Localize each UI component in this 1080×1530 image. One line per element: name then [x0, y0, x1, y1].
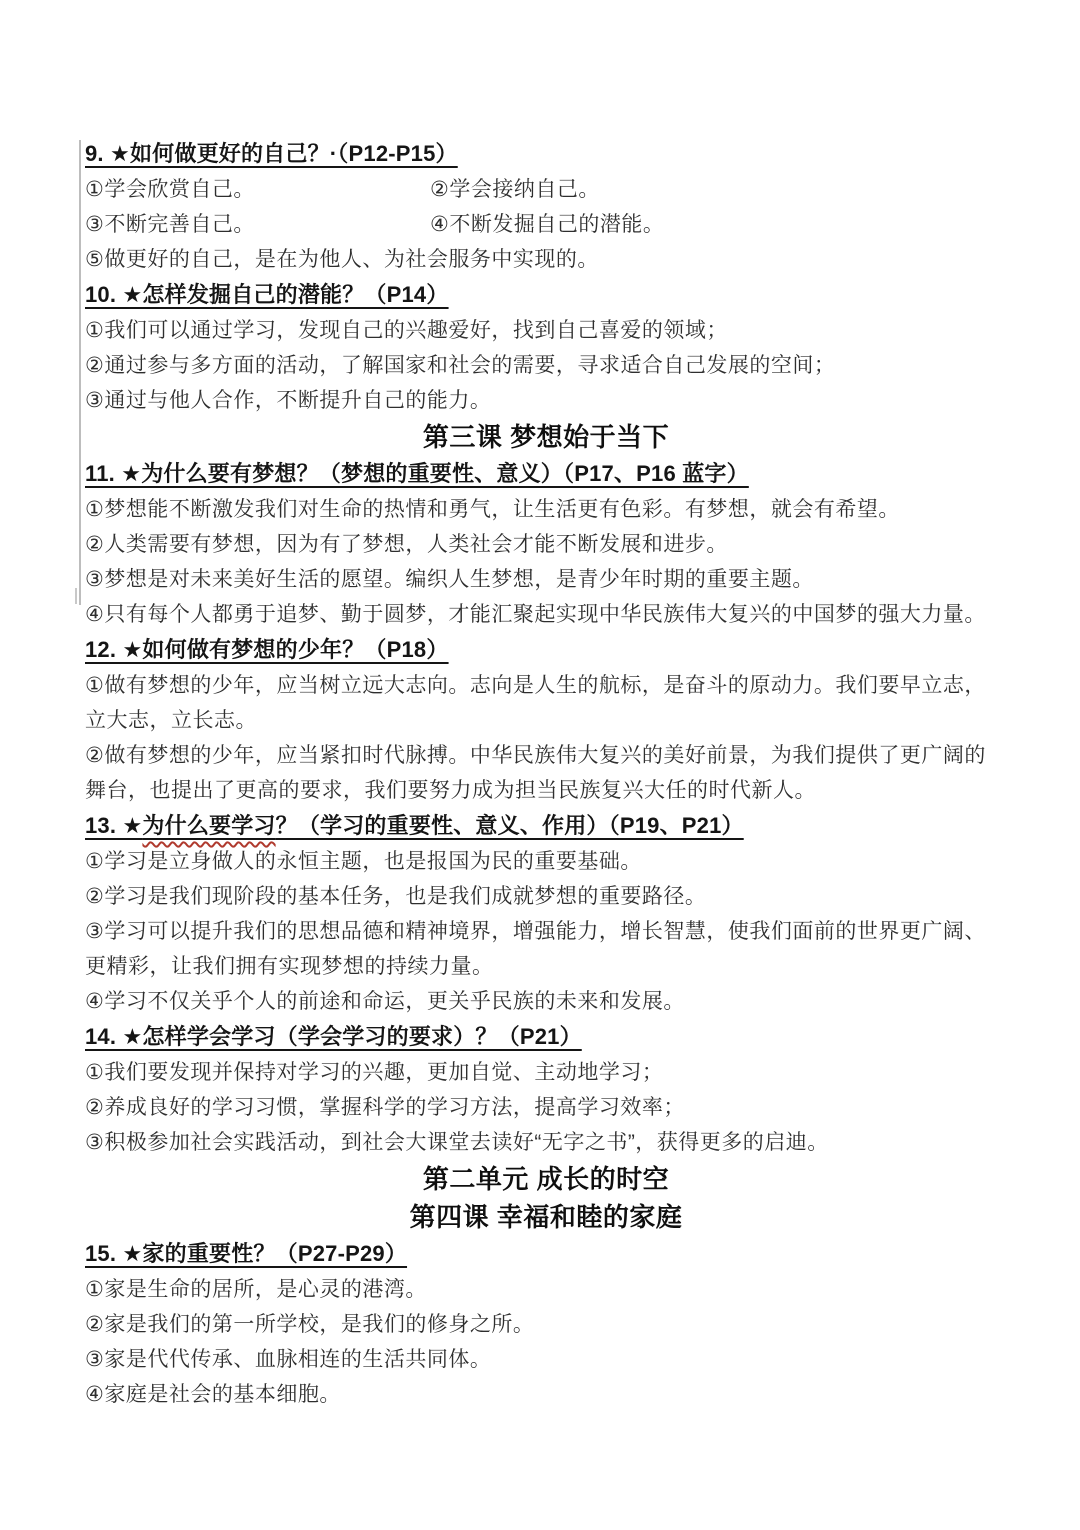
answer-line: ④只有每个人都勇于追梦、勤于圆梦，才能汇聚起实现中华民族伟大复兴的中国梦的强大力… [85, 597, 1007, 632]
question-12-heading: 12. ★如何做有梦想的少年？（P18） [85, 632, 1007, 668]
question-14-title: 14. ★怎样学会学习（学会学习的要求）？（P21） [85, 1024, 582, 1049]
question-12-title: 12. ★如何做有梦想的少年？（P18） [85, 637, 449, 662]
question-10-heading: 10. ★怎样发掘自己的潜能？（P14） [85, 277, 1007, 313]
answer-line: ①我们要发现并保持对学习的兴趣，更加自觉、主动地学习； [85, 1055, 1007, 1090]
question-9-answer-row-2: ③不断完善自己。 ④不断发掘自己的潜能。 [85, 207, 1007, 242]
scan-artifact-tick [75, 588, 77, 604]
answer-line: ①学会欣赏自己。 [85, 172, 430, 207]
answer-line: ③通过与他人合作，不断提升自己的能力。 [85, 383, 1007, 418]
answer-line: ②学习是我们现阶段的基本任务，也是我们成就梦想的重要路径。 [85, 879, 1007, 914]
answer-line: ②人类需要有梦想，因为有了梦想，人类社会才能不断发展和进步。 [85, 527, 1007, 562]
question-15-heading: 15. ★家的重要性？（P27-P29） [85, 1236, 1007, 1272]
answer-line: ③家是代代传承、血脉相连的生活共同体。 [85, 1342, 1007, 1377]
answer-line: ②家是我们的第一所学校，是我们的修身之所。 [85, 1307, 1007, 1342]
answer-line: ①做有梦想的少年，应当树立远大志向。志向是人生的航标，是奋斗的原动力。我们要早立… [85, 668, 1007, 738]
question-15-title: 15. ★家的重要性？（P27-P29） [85, 1241, 407, 1266]
answer-line: ③不断完善自己。 [85, 207, 430, 242]
question-13-title-prefix: 13. ★ [85, 813, 142, 838]
answer-line: ③学习可以提升我们的思想品德和精神境界，增强能力，增长智慧，使我们面前的世界更广… [85, 914, 1007, 984]
answer-line: ①学习是立身做人的永恒主题，也是报国为民的重要基础。 [85, 844, 1007, 879]
question-13-title-rest: ？（学习的重要性、意义、作用）（P19、P21） [276, 813, 744, 838]
answer-line: ②做有梦想的少年，应当紧扣时代脉搏。中华民族伟大复兴的美好前景，为我们提供了更广… [85, 738, 1007, 808]
lesson-4-title: 第四课 幸福和睦的家庭 [85, 1198, 1007, 1236]
answer-line: ①家是生命的居所，是心灵的港湾。 [85, 1272, 1007, 1307]
answer-line: ③积极参加社会实践活动，到社会大课堂去读好“无字之书”，获得更多的启迪。 [85, 1125, 1007, 1160]
notes-content: 9. ★如何做更好的自己？·（P12-P15） ①学会欣赏自己。 ②学会接纳自己… [85, 136, 1007, 1412]
scan-artifact-line [79, 140, 81, 605]
question-13-heading: 13. ★为什么要学习？（学习的重要性、意义、作用）（P19、P21） [85, 808, 1007, 844]
answer-line: ④不断发掘自己的潜能。 [430, 207, 1007, 242]
answer-line: ①梦想能不断激发我们对生命的热情和勇气，让生活更有色彩。有梦想，就会有希望。 [85, 492, 1007, 527]
question-9-title: 9. ★如何做更好的自己？·（P12-P15） [85, 141, 458, 166]
answer-line: ①我们可以通过学习，发现自己的兴趣爱好，找到自己喜爱的领域； [85, 313, 1007, 348]
answer-line: ②养成良好的学习习惯，掌握科学的学习方法，提高学习效率； [85, 1090, 1007, 1125]
answer-line: ③梦想是对未来美好生活的愿望。编织人生梦想，是青少年时期的重要主题。 [85, 562, 1007, 597]
question-11-title: 11. ★为什么要有梦想？（梦想的重要性、意义）（P17、P16 蓝字） [85, 461, 749, 486]
question-13-title-red-marked: 为什么要学习 [142, 813, 275, 838]
answer-line: ④学习不仅关乎个人的前途和命运，更关乎民族的未来和发展。 [85, 984, 1007, 1019]
question-11-heading: 11. ★为什么要有梦想？（梦想的重要性、意义）（P17、P16 蓝字） [85, 456, 1007, 492]
unit-2-title: 第二单元 成长的时空 [85, 1160, 1007, 1198]
question-9-heading: 9. ★如何做更好的自己？·（P12-P15） [85, 136, 1007, 172]
lesson-3-title: 第三课 梦想始于当下 [85, 418, 1007, 456]
answer-line: ②通过参与多方面的活动，了解国家和社会的需要，寻求适合自己发展的空间； [85, 348, 1007, 383]
question-10-title: 10. ★怎样发掘自己的潜能？（P14） [85, 282, 449, 307]
answer-line: ⑤做更好的自己，是在为他人、为社会服务中实现的。 [85, 242, 1007, 277]
question-14-heading: 14. ★怎样学会学习（学会学习的要求）？（P21） [85, 1019, 1007, 1055]
question-13-title: 13. ★为什么要学习？（学习的重要性、意义、作用）（P19、P21） [85, 813, 744, 838]
question-9-answer-row-1: ①学会欣赏自己。 ②学会接纳自己。 [85, 172, 1007, 207]
answer-line: ②学会接纳自己。 [430, 172, 1007, 207]
document-page: 9. ★如何做更好的自己？·（P12-P15） ①学会欣赏自己。 ②学会接纳自己… [0, 0, 1080, 1530]
answer-line: ④家庭是社会的基本细胞。 [85, 1377, 1007, 1412]
